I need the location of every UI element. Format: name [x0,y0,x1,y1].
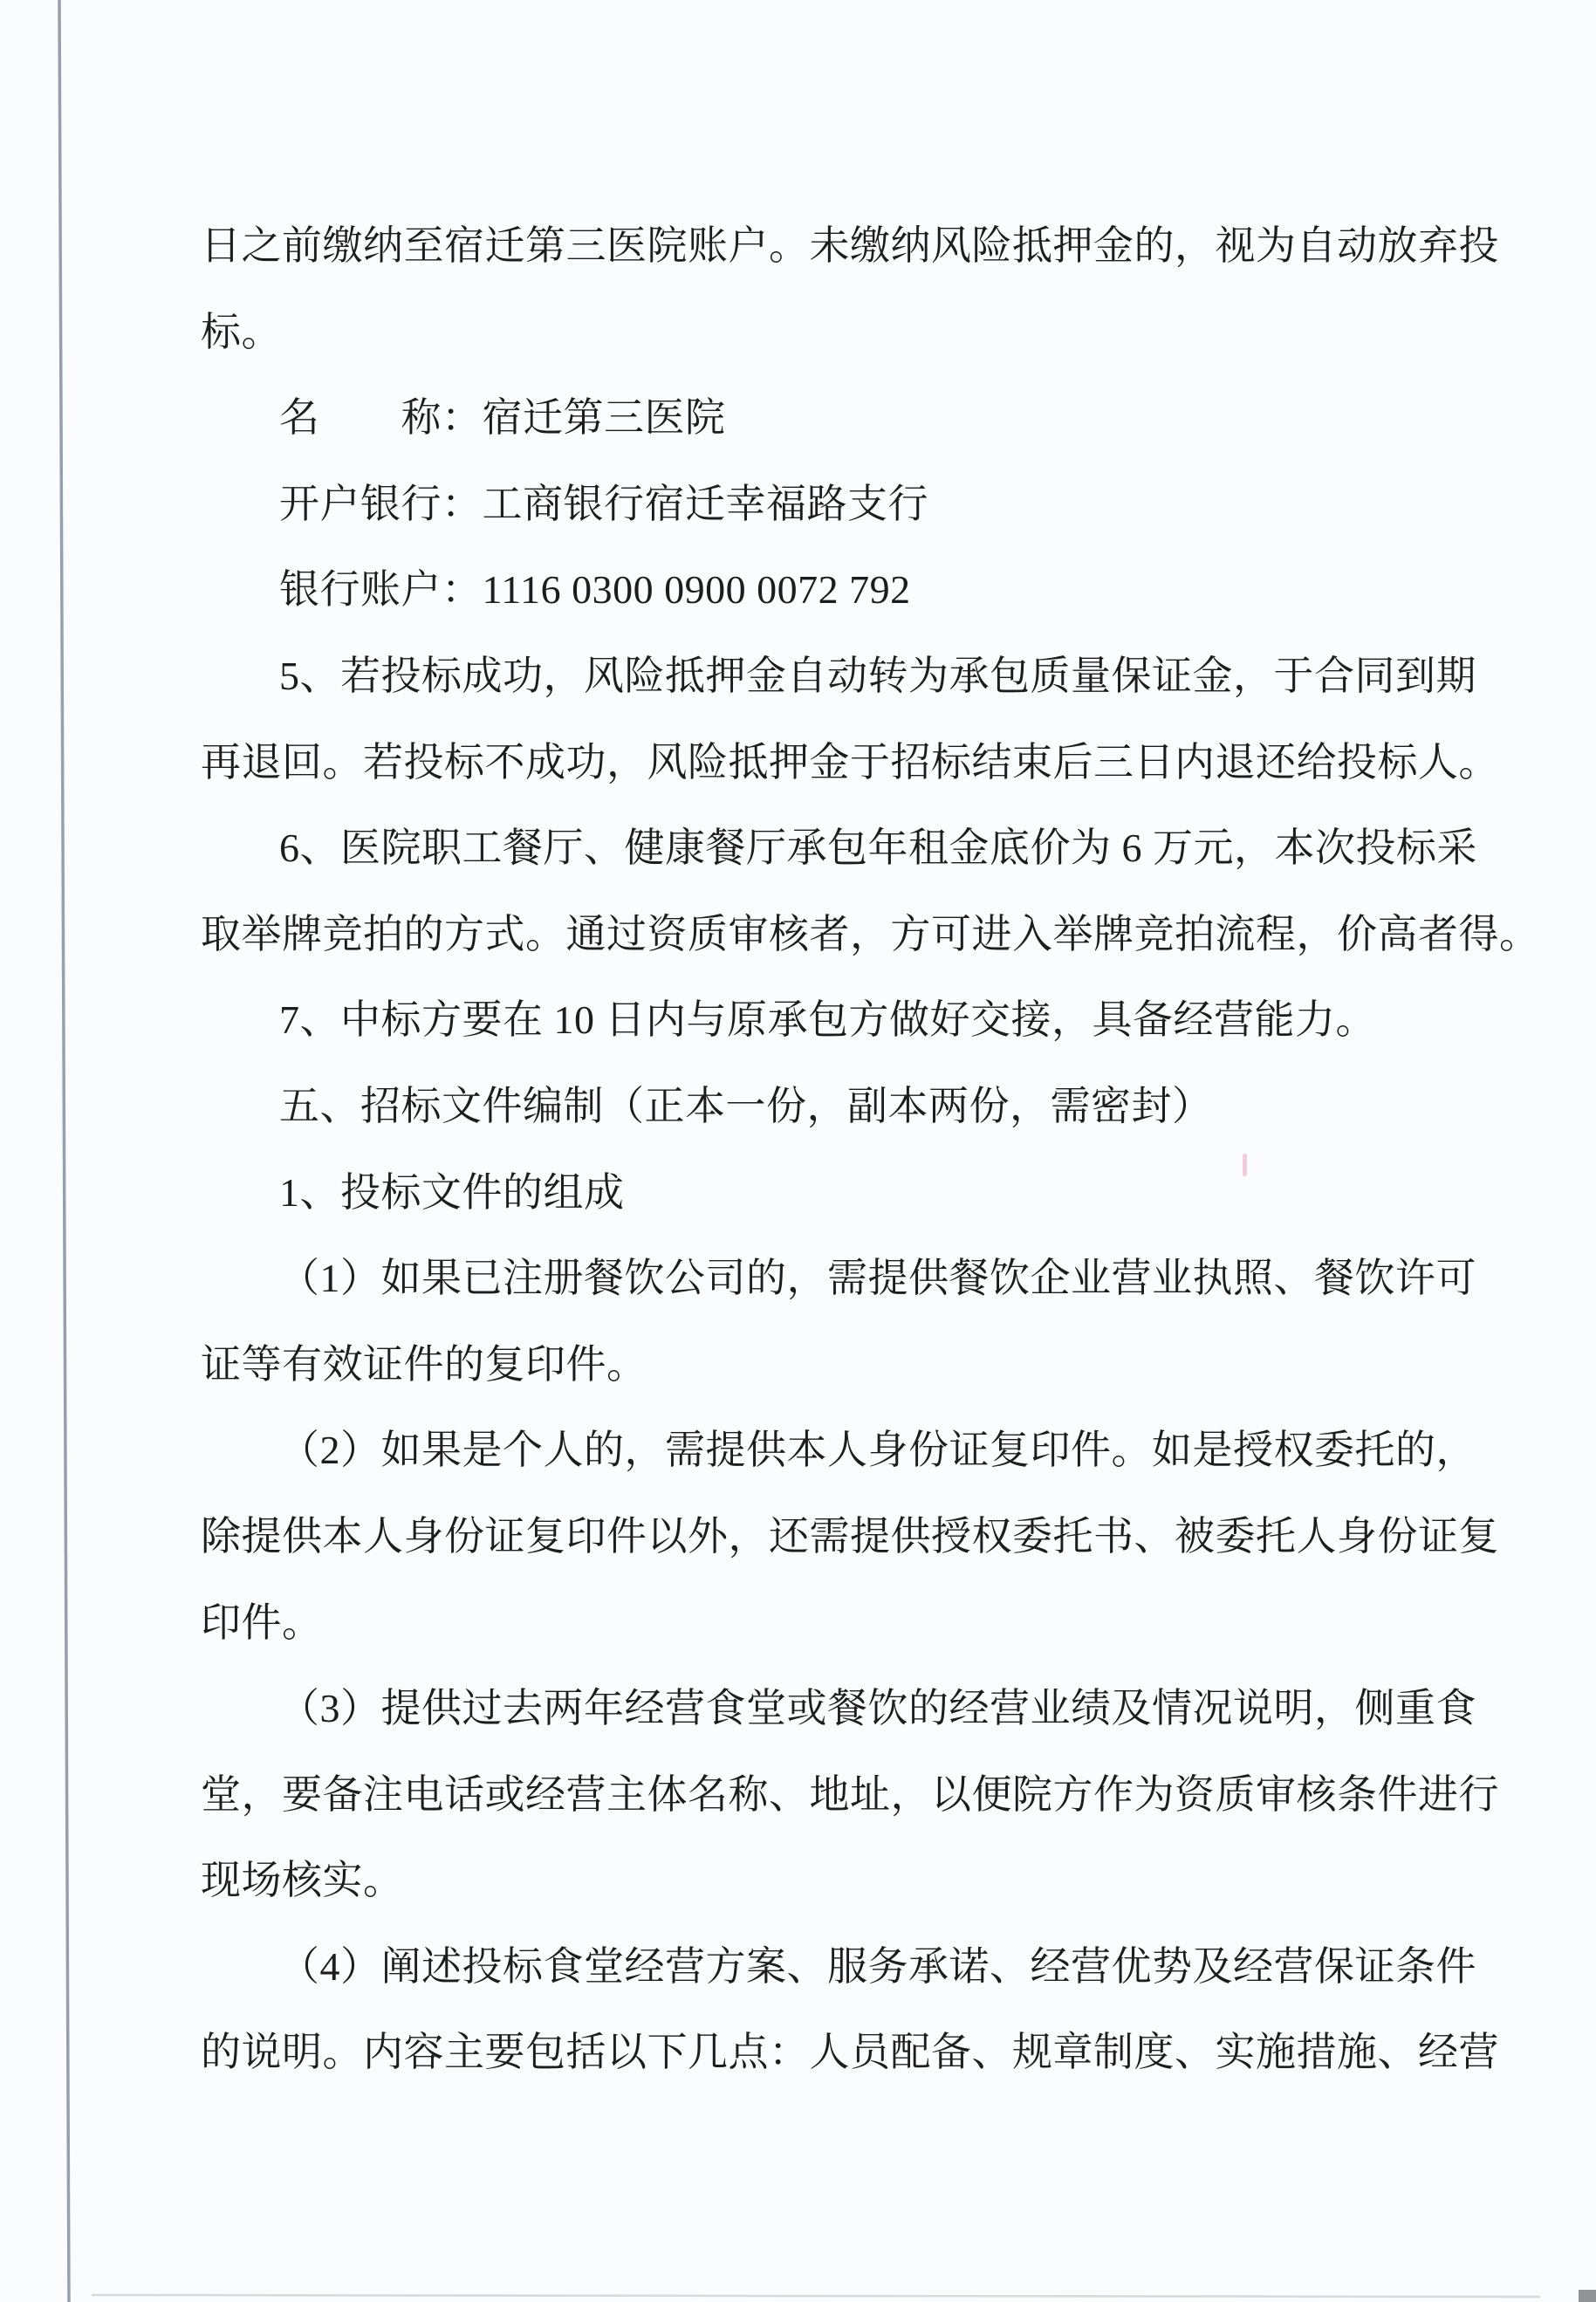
scan-bottom-line [92,2295,1540,2297]
text-line: 印件。 [0,1580,1596,1667]
text-line: 的说明。内容主要包括以下几点：人员配备、规章制度、实施措施、经营 [0,2010,1596,2096]
text-line: 堂，要备注电话或经营主体名称、地址，以便院方作为资质审核条件进行 [0,1752,1596,1839]
text-line: 标。 [0,290,1596,376]
text-line: 五、招标文件编制（正本一份，副本两份，需密封） [0,1064,1596,1150]
text-line: 日之前缴纳至宿迁第三医院账户。未缴纳风险抵押金的，视为自动放弃投 [0,203,1596,290]
text-line: 现场核实。 [0,1838,1596,1924]
text-line: 银行账户：1116 0300 0900 0072 792 [0,547,1596,634]
text-line: 证等有效证件的复印件。 [0,1322,1596,1408]
text-line: （4）阐述投标食堂经营方案、服务承诺、经营优势及经营保证条件 [0,1924,1596,2011]
text-line: 6、医院职工餐厅、健康餐厅承包年租金底价为 6 万元，本次投标采 [0,805,1596,892]
text-line: （2）如果是个人的，需提供本人身份证复印件。如是授权委托的， [0,1408,1596,1494]
scan-pink-artifact [1243,1154,1247,1176]
text-line: （3）提供过去两年经营食堂或餐饮的经营业绩及情况说明，侧重食 [0,1666,1596,1752]
scan-corner-mark [1579,2290,1596,2302]
text-line: 名 称：宿迁第三医院 [0,375,1596,462]
text-line: 1、投标文件的组成 [0,1150,1596,1237]
text-line: 7、中标方要在 10 日内与原承包方做好交接，具备经营能力。 [0,977,1596,1064]
text-line: 5、若投标成功，风险抵押金自动转为承包质量保证金，于合同到期 [0,634,1596,720]
text-line: 除提供本人身份证复印件以外，还需提供授权委托书、被委托人身份证复 [0,1494,1596,1580]
document-page: 日之前缴纳至宿迁第三医院账户。未缴纳风险抵押金的，视为自动放弃投 标。 名 称：… [0,0,1596,2302]
text-line: （1）如果已注册餐饮公司的，需提供餐饮企业营业执照、餐饮许可 [0,1236,1596,1322]
document-body: 日之前缴纳至宿迁第三医院账户。未缴纳风险抵押金的，视为自动放弃投 标。 名 称：… [0,203,1596,2096]
text-line: 取举牌竞拍的方式。通过资质审核者，方可进入举牌竞拍流程，价高者得。 [0,892,1596,978]
text-line: 再退回。若投标不成功，风险抵押金于招标结束后三日内退还给投标人。 [0,720,1596,806]
text-line: 开户银行：工商银行宿迁幸福路支行 [0,462,1596,548]
